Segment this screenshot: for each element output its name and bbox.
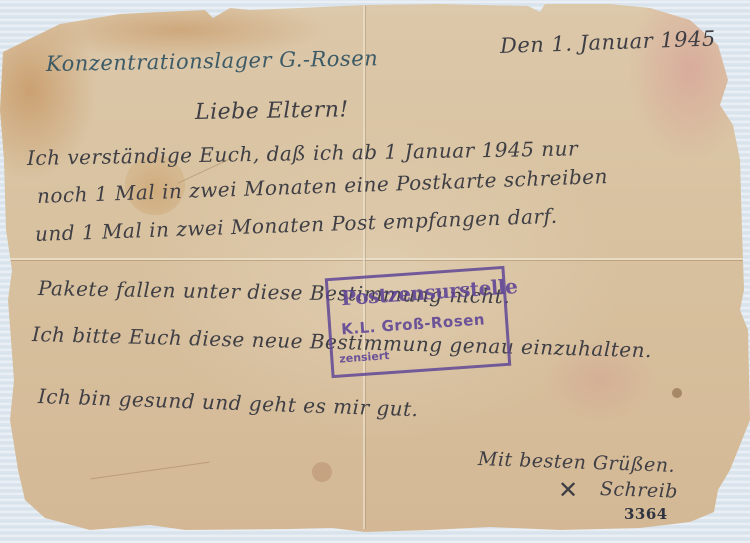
stain: [312, 462, 332, 482]
stamp-title: Postzensurstelle: [340, 274, 518, 310]
stamp-camp: K.L. Groß-Rosen: [341, 310, 486, 338]
salutation: Liebe Eltern!: [195, 97, 349, 125]
prisoner-number: 3364: [624, 505, 668, 523]
paper-crack: [91, 462, 210, 480]
document-photo: Konzentrationslager G.-Rosen Den 1. Janu…: [0, 0, 750, 543]
signature-mark: ✕: [558, 476, 579, 504]
stamp-censored: zensiert: [339, 349, 390, 365]
censor-stamp: Postzensurstelle K.L. Groß-Rosen zensier…: [325, 266, 512, 378]
stain: [672, 388, 682, 398]
fold-line-horizontal: [8, 258, 744, 260]
fold-line-vertical: [363, 6, 365, 529]
signature: Schreib: [600, 478, 679, 503]
